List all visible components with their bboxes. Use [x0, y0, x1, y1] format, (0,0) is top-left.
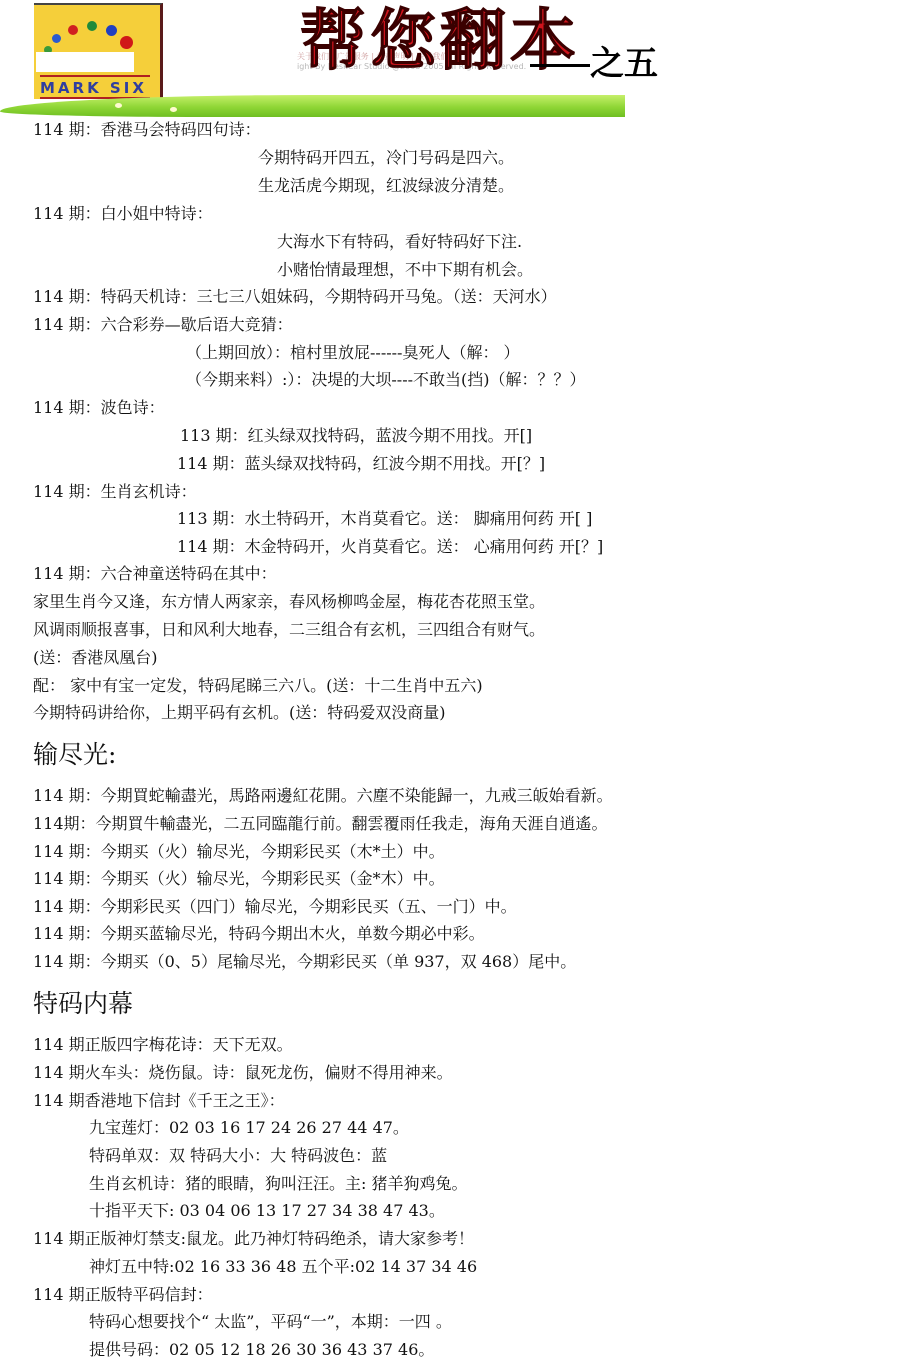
text-line: 114 期：今期彩民买（四门）输尽光，今期彩民买（五、一门）中。: [33, 896, 517, 918]
text-line: （今期来料）:）：决堤的大坝----不敢当(挡)（解：？？）: [186, 369, 586, 391]
text-line: 家里生肖今又逢，东方情人两家亲，春风杨柳鸣金屋，梅花杏花照玉堂。: [33, 591, 545, 613]
text-line: 114期：今期買牛輸盡光，二五同臨龍行前。翻雲覆雨任我走，海角天涯自逍遙。: [33, 813, 608, 835]
text-line: 114 期：蓝头绿双找特码，红波今期不用找。开[？]: [177, 453, 545, 475]
lottery-ball-icon: [52, 34, 61, 43]
text-line: 特码心想要找个“ 太监”，平码“一”，本期：一四 。: [89, 1311, 452, 1333]
text-line: 114 期：六合神童送特码在其中：: [33, 563, 277, 585]
text-line: 配： 家中有宝一定发，特码尾睇三六八。(送：十二生肖中五六): [33, 675, 483, 697]
text-line: 提供号码：02 05 12 18 26 30 36 43 37 46。: [89, 1339, 434, 1361]
text-line: 113 期：红头绿双找特码，蓝波今期不用找。开[]: [180, 425, 532, 447]
section-title-inside: 特码内幕: [33, 988, 133, 1020]
text-line: 今期特码开四五，冷门号码是四六。: [258, 147, 514, 169]
text-line: 114 期：木金特码开，火肖莫看它。送： 心痛用何药 开[？]: [177, 536, 603, 558]
text-line: 114 期正版四字梅花诗：天下无双。: [33, 1034, 293, 1056]
text-line: 九宝莲灯：02 03 16 17 24 26 27 44 47。: [89, 1117, 409, 1139]
text-line: 风调雨顺报喜事，日和风利大地春，二三组合有玄机，三四组合有财气。: [33, 619, 545, 641]
text-line: 114 期：白小姐中特诗：: [33, 203, 213, 225]
page-subtitle: 之五: [590, 44, 658, 84]
mark-six-logo: MARK SIX: [34, 3, 163, 99]
section-title-lose: 输尽光:: [33, 739, 116, 771]
text-line: 114 期香港地下信封《千王之王》：: [33, 1090, 285, 1112]
lottery-ball-icon: [87, 21, 97, 31]
text-line: 114 期：生肖玄机诗：: [33, 481, 197, 503]
text-line: 生龙活虎今期现，红波绿波分清楚。: [258, 175, 514, 197]
text-line: 114 期：今期买（火）输尽光，今期彩民买（木*土）中。: [33, 841, 445, 863]
text-line: 114 期：今期买（0、5）尾输尽光，今期彩民买（单 937，双 468）尾中。: [33, 951, 576, 973]
lottery-ball-icon: [68, 25, 78, 35]
title-dash: [530, 64, 590, 67]
text-line: 114 期：今期買蛇輸盡光，馬路兩邊紅花開。六塵不染能歸一，九戒三皈始看新。: [33, 785, 613, 807]
text-line: 生肖玄机诗：猪的眼睛，狗叫汪汪。主: 猪羊狗鸡兔。: [89, 1173, 467, 1195]
text-line: 114 期正版特平码信封：: [33, 1284, 213, 1306]
text-line: 114 期：今期买蓝输尽光，特码今期出木火，单数今期必中彩。: [33, 923, 485, 945]
page-title: 帮您翻本: [300, 0, 580, 80]
text-line: 113 期：水土特码开，木肖莫看它。送： 脚痛用何药 开[ ]: [177, 508, 592, 530]
text-line: 114 期：今期买（火）输尽光，今期彩民买（金*木）中。: [33, 868, 445, 890]
text-line: 114 期正版神灯禁支:鼠龙。此乃神灯特码绝杀，请大家参考！: [33, 1228, 474, 1250]
text-line: 大海水下有特码，看好特码好下注.: [277, 231, 522, 253]
text-line: 114 期：特码天机诗：三七三八姐妹码，今期特码开马兔。（送：天河水）: [33, 286, 557, 308]
text-line: 114 期：波色诗：: [33, 397, 165, 419]
text-line: (送：香港凤凰台): [33, 647, 158, 669]
logo-divider: [40, 75, 150, 77]
header-banner: MARK SIX 关于我们 | 广告服务 | 免责声明 | 联系我们 ight …: [0, 0, 900, 118]
logo-mask: [36, 52, 134, 72]
text-line: 今期特码讲给你，上期平码有玄机。(送：特码爱双没商量): [33, 702, 446, 724]
text-line: 114 期：香港马会特码四句诗：: [33, 119, 261, 141]
text-line: （上期回放）：棺村里放屁------臭死人（解： ）: [186, 342, 520, 364]
logo-text: MARK SIX: [40, 79, 147, 97]
text-line: 114 期：六合彩券—歇后语大竞猜：: [33, 314, 293, 336]
text-line: 十指平天下: 03 04 06 13 17 27 34 38 47 43。: [89, 1200, 445, 1222]
text-line: 特码单双：双 特码大小：大 特码波色：蓝: [89, 1145, 387, 1167]
text-line: 神灯五中特:02 16 33 36 48 五个平:02 14 37 34 46: [89, 1256, 477, 1278]
lottery-ball-icon: [106, 25, 117, 36]
text-line: 114 期火车头：烧伤鼠。诗：鼠死龙伤，偏财不得用神来。: [33, 1062, 453, 1084]
text-line: 小赌怡情最理想，不中下期有机会。: [277, 259, 533, 281]
lottery-ball-icon: [120, 36, 133, 49]
